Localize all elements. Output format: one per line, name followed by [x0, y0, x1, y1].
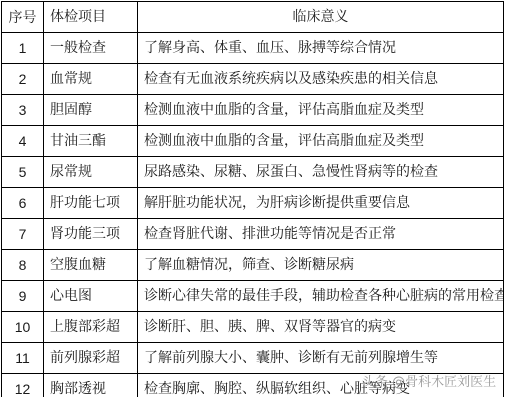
- table-row: 1 一般检查 了解身高、体重、血压、脉搏等综合情况: [2, 33, 504, 64]
- row-meaning: 检测血液中血脂的含量，评估高脂血症及类型: [138, 126, 504, 157]
- row-item: 心电图: [44, 281, 138, 312]
- table-row: 7 肾功能三项 检查肾脏代谢、排泄功能等情况是否正常: [2, 219, 504, 250]
- row-no: 3: [2, 95, 44, 126]
- row-meaning: 诊断肝、胆、胰、脾、双肾等器官的病变: [138, 312, 504, 343]
- row-item: 甘油三酯: [44, 126, 138, 157]
- health-checkup-table: 序号 体检项目 临床意义 1 一般检查 了解身高、体重、血压、脉搏等综合情况 2…: [1, 1, 504, 397]
- table-row: 10 上腹部彩超 诊断肝、胆、胰、脾、双肾等器官的病变: [2, 312, 504, 343]
- row-item: 前列腺彩超: [44, 343, 138, 374]
- table-row: 2 血常规 检查有无血液系统疾病以及感染疾患的相关信息: [2, 64, 504, 95]
- header-no: 序号: [2, 2, 44, 33]
- row-item: 空腹血糖: [44, 250, 138, 281]
- header-item: 体检项目: [44, 2, 138, 33]
- row-item: 肾功能三项: [44, 219, 138, 250]
- row-no: 7: [2, 219, 44, 250]
- row-item: 肝功能七项: [44, 188, 138, 219]
- row-no: 6: [2, 188, 44, 219]
- row-meaning: 解肝脏功能状况，为肝病诊断提供重要信息: [138, 188, 504, 219]
- row-no: 12: [2, 374, 44, 397]
- table-row: 5 尿常规 尿路感染、尿糖、尿蛋白、急慢性肾病等的检查: [2, 157, 504, 188]
- row-item: 胆固醇: [44, 95, 138, 126]
- row-no: 9: [2, 281, 44, 312]
- row-no: 2: [2, 64, 44, 95]
- row-meaning: 了解血糖情况，筛查、诊断糖尿病: [138, 250, 504, 281]
- row-item: 尿常规: [44, 157, 138, 188]
- table-row: 9 心电图 诊断心律失常的最佳手段，辅助检查各种心脏病的常用检查: [2, 281, 504, 312]
- table-header-row: 序号 体检项目 临床意义: [2, 2, 504, 33]
- row-meaning: 了解前列腺大小、囊肿、诊断有无前列腺增生等: [138, 343, 504, 374]
- row-meaning: 诊断心律失常的最佳手段，辅助检查各种心脏病的常用检查: [138, 281, 504, 312]
- table-row: 11 前列腺彩超 了解前列腺大小、囊肿、诊断有无前列腺增生等: [2, 343, 504, 374]
- row-meaning: 尿路感染、尿糖、尿蛋白、急慢性肾病等的检查: [138, 157, 504, 188]
- row-no: 11: [2, 343, 44, 374]
- row-no: 1: [2, 33, 44, 64]
- table-row: 3 胆固醇 检测血液中血脂的含量，评估高脂血症及类型: [2, 95, 504, 126]
- row-item: 血常规: [44, 64, 138, 95]
- row-no: 10: [2, 312, 44, 343]
- row-item: 一般检查: [44, 33, 138, 64]
- table-row: 8 空腹血糖 了解血糖情况，筛查、诊断糖尿病: [2, 250, 504, 281]
- row-item: 上腹部彩超: [44, 312, 138, 343]
- row-meaning: 了解身高、体重、血压、脉搏等综合情况: [138, 33, 504, 64]
- table-row: 4 甘油三酯 检测血液中血脂的含量，评估高脂血症及类型: [2, 126, 504, 157]
- table-row: 6 肝功能七项 解肝脏功能状况，为肝病诊断提供重要信息: [2, 188, 504, 219]
- watermark: 头条 @骨科木匠刘医生: [362, 371, 496, 390]
- row-item: 胸部透视: [44, 374, 138, 397]
- row-no: 8: [2, 250, 44, 281]
- row-meaning: 检查肾脏代谢、排泄功能等情况是否正常: [138, 219, 504, 250]
- row-no: 5: [2, 157, 44, 188]
- row-meaning: 检查有无血液系统疾病以及感染疾患的相关信息: [138, 64, 504, 95]
- row-no: 4: [2, 126, 44, 157]
- header-meaning: 临床意义: [138, 2, 504, 33]
- row-meaning: 检测血液中血脂的含量，评估高脂血症及类型: [138, 95, 504, 126]
